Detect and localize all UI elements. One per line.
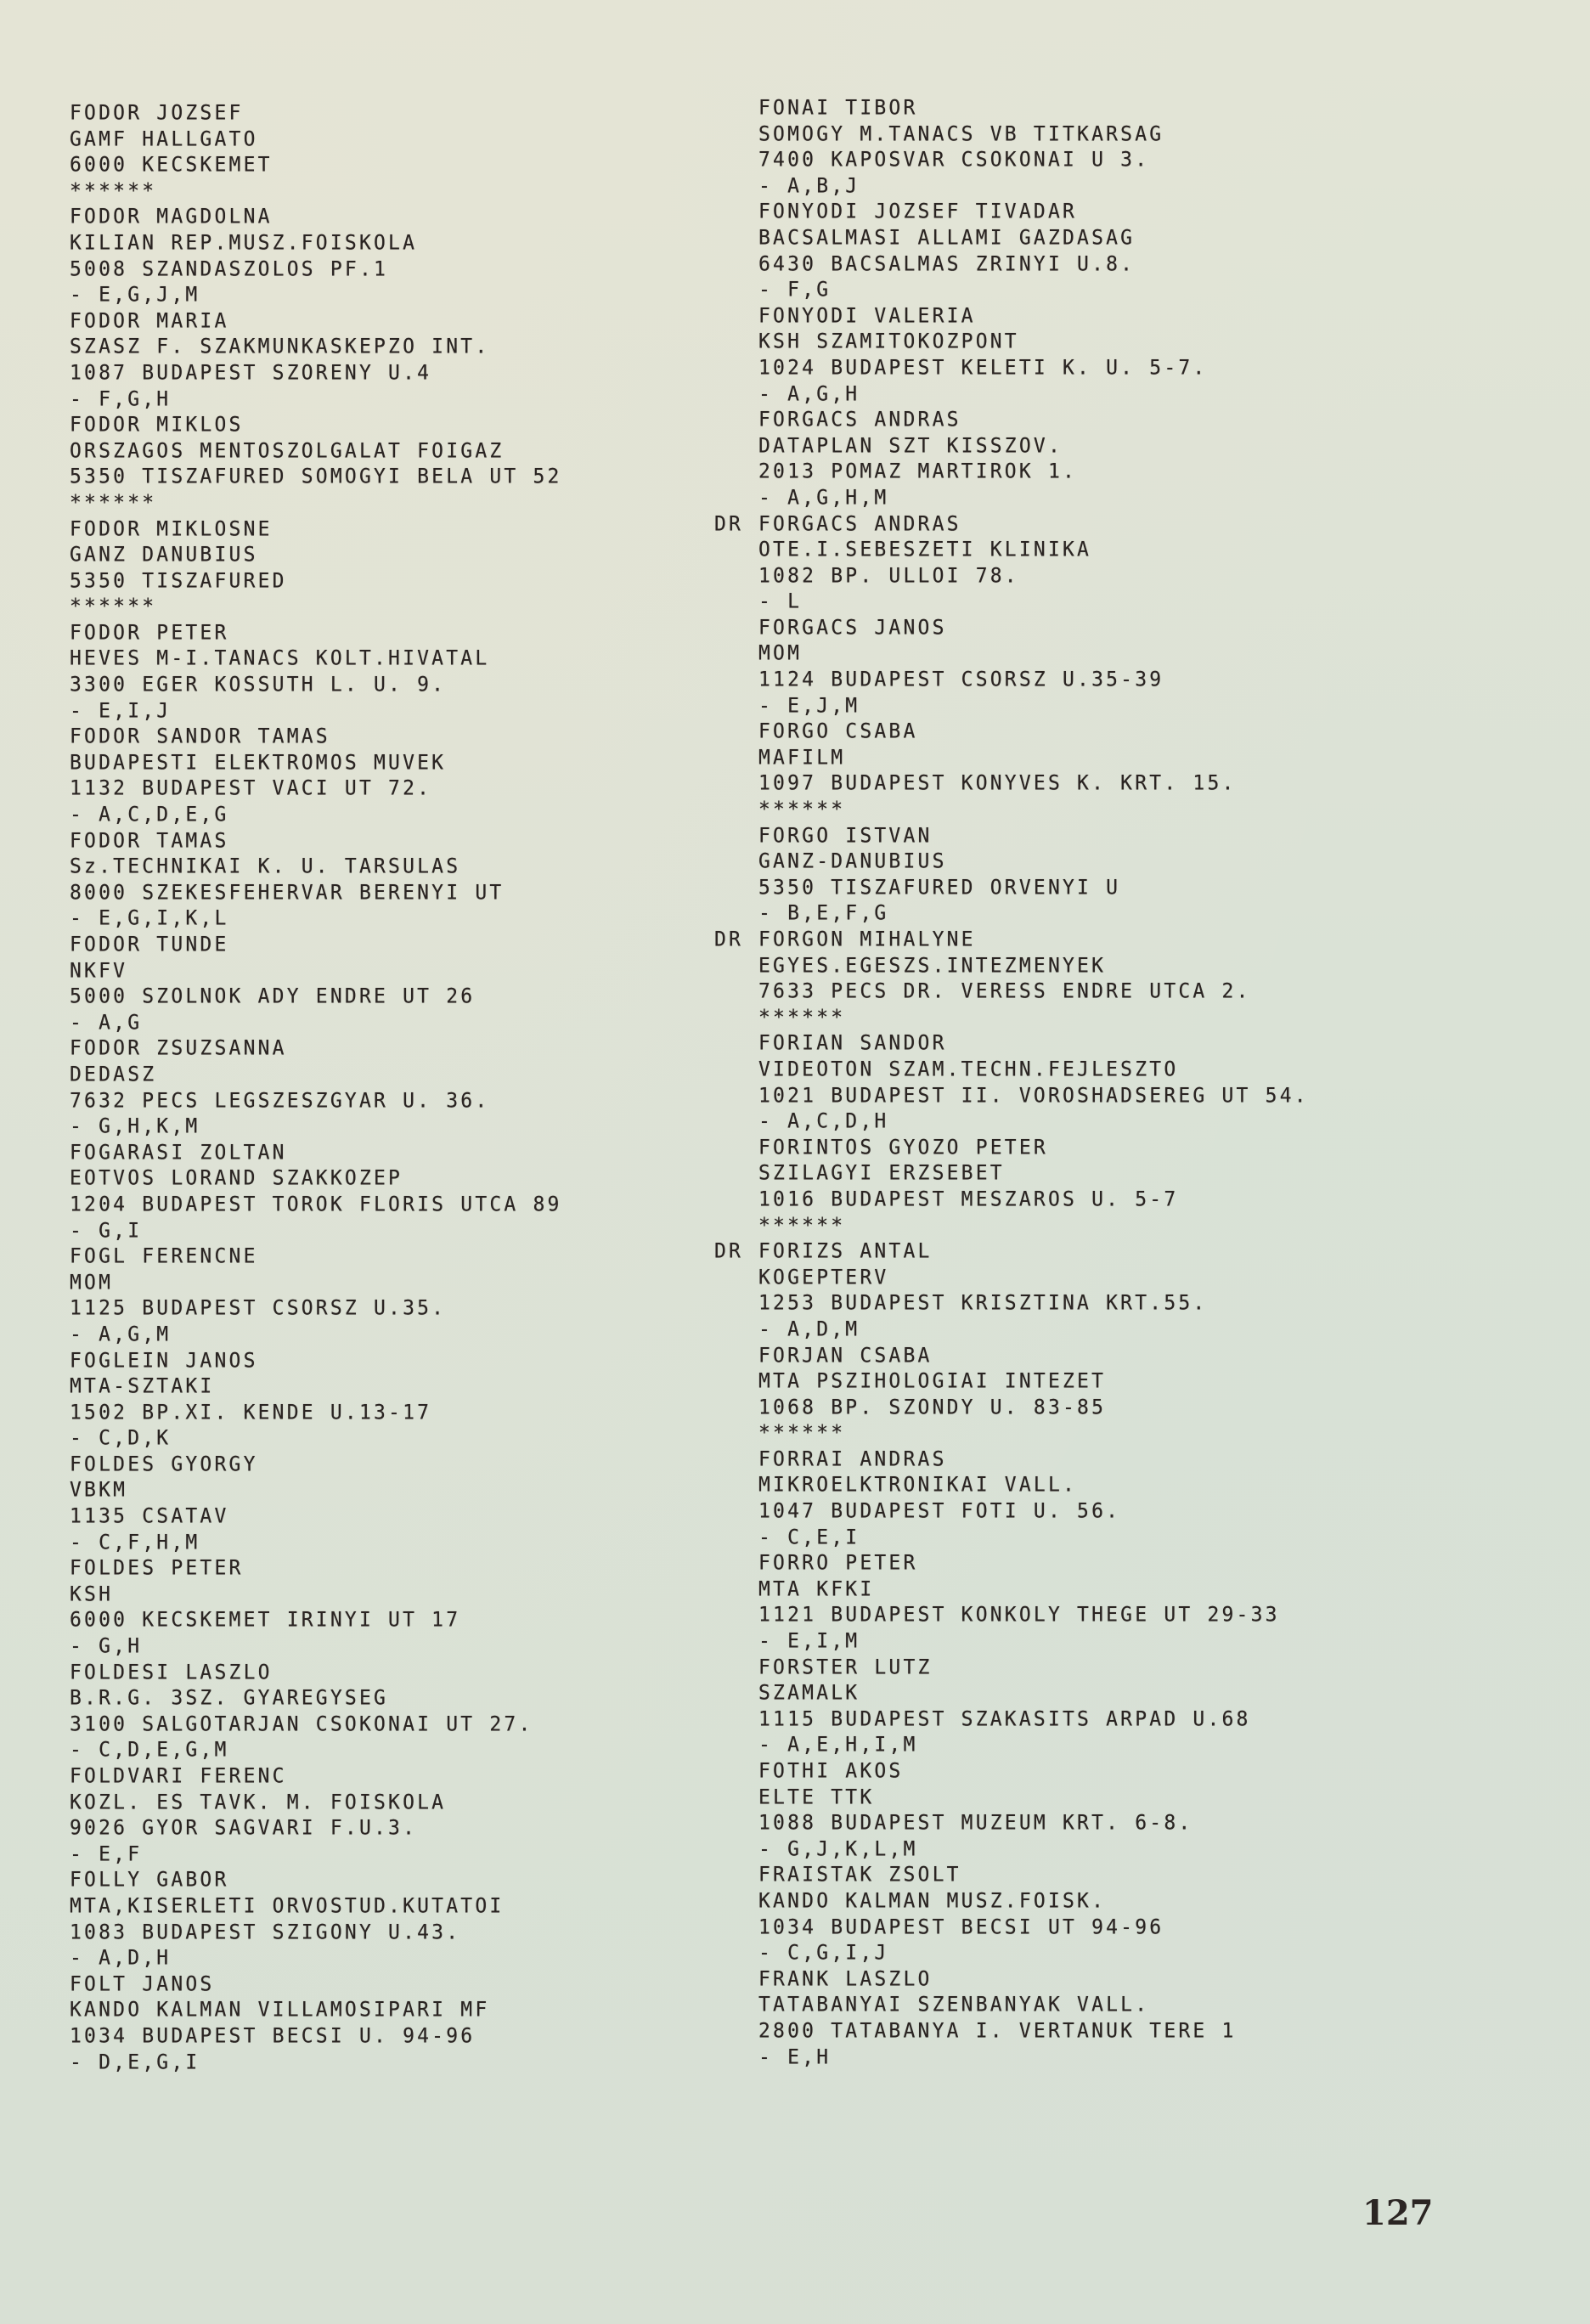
entry-name-text: FOLDES GYORGY: [70, 1452, 258, 1475]
entry-address-text: 1047 BUDAPEST FOTI U. 56.: [758, 1499, 1120, 1522]
directory-entry: FODOR TUNDENKFV5000 SZOLNOK ADY ENDRE UT…: [70, 932, 681, 1035]
entry-org: MOM: [758, 640, 1438, 668]
entry-address: 3300 EGER KOSSUTH L. U. 9.: [70, 671, 681, 698]
entry-codes: - D,E,G,I: [70, 2049, 681, 2076]
entry-address-text: 6430 BACSALMAS ZRINYI U.8.: [758, 252, 1135, 275]
entry-codes-text: ******: [70, 595, 156, 618]
entry-address: 1124 BUDAPEST CSORSZ U.35-39: [758, 666, 1438, 693]
directory-entry: FODOR JOZSEFGAMF HALLGATO6000 KECSKEMET*…: [70, 100, 681, 204]
entry-address: 6000 KECSKEMET: [70, 151, 681, 178]
entry-address-text: 7400 KAPOSVAR CSOKONAI U 3.: [758, 149, 1149, 172]
entry-codes: - A,G: [70, 1009, 681, 1036]
entry-name: FORGACS ANDRAS: [758, 406, 1438, 433]
entry-name-text: FONYODI VALERIA: [758, 304, 976, 327]
entry-org: EOTVOS LORAND SZAKKOZEP: [70, 1165, 681, 1193]
entry-org: EGYES.EGESZS.INTEZMENYEK: [758, 952, 1438, 979]
entry-org-text: VIDEOTON SZAM.TECHN.FEJLESZTO: [758, 1058, 1178, 1080]
directory-entry: FODOR MIKLOSORSZAGOS MENTOSZOLGALAT FOIG…: [70, 412, 681, 516]
entry-address: 1068 BP. SZONDY U. 83-85: [758, 1394, 1438, 1421]
entry-org-text: MTA PSZIHOLOGIAI INTEZET: [758, 1369, 1106, 1392]
entry-address-text: 7632 PECS LEGSZESZGYAR U. 36.: [70, 1089, 489, 1112]
entry-address-text: 8000 SZEKESFEHERVAR BERENYI UT: [70, 881, 504, 904]
entry-name: DRFORIZS ANTAL: [758, 1238, 1438, 1265]
entry-codes-text: - E,I,J: [70, 699, 171, 722]
entry-org: SZILAGYI ERZSEBET: [758, 1160, 1438, 1187]
entry-codes-text: - A,G,H,M: [758, 486, 888, 509]
entry-codes: - A,G,M: [70, 1321, 681, 1348]
entry-address-text: 6000 KECSKEMET: [70, 154, 273, 177]
entry-codes: - E,G,I,K,L: [70, 905, 681, 933]
entry-codes-text: ******: [70, 179, 156, 202]
entry-codes-text: - D,E,G,I: [70, 2050, 200, 2073]
entry-name: FODOR JOZSEF: [70, 99, 681, 127]
entry-address-text: 3300 EGER KOSSUTH L. U. 9.: [70, 673, 446, 696]
entry-codes: - G,I: [70, 1217, 681, 1244]
entry-codes: - A,B,J: [758, 172, 1438, 200]
directory-entry: FOGLEIN JANOSMTA-SZTAKI1502 BP.XI. KENDE…: [70, 1348, 681, 1452]
entry-address: 1047 BUDAPEST FOTI U. 56.: [758, 1498, 1438, 1525]
entry-name-text: FOLDVARI FERENC: [70, 1764, 287, 1787]
entry-org-text: KILIAN REP.MUSZ.FOISKOLA: [70, 231, 417, 254]
entry-org: MIKROELKTRONIKAI VALL.: [758, 1472, 1438, 1499]
entry-codes-text: - A,B,J: [758, 174, 860, 197]
entry-name: FORRO PETER: [758, 1549, 1438, 1577]
entry-name-text: FORIZS ANTAL: [758, 1239, 933, 1262]
entry-name: FORGACS JANOS: [758, 614, 1438, 641]
entry-org: KOZL. ES TAVK. M. FOISKOLA: [70, 1789, 681, 1816]
directory-entry: FORINTOS GYOZO PETERSZILAGYI ERZSEBET101…: [758, 1135, 1438, 1238]
directory-entry: FORSTER LUTZSZAMALK1115 BUDAPEST SZAKASI…: [758, 1655, 1438, 1758]
entry-address-text: 2800 TATABANYA I. VERTANUK TERE 1: [758, 2019, 1237, 2042]
entry-org-text: Sz.TECHNIKAI K. U. TARSULAS: [70, 855, 460, 878]
entry-name: FORSTER LUTZ: [758, 1654, 1438, 1681]
entry-name: FODOR TAMAS: [70, 827, 681, 855]
entry-name: FOGARASI ZOLTAN: [70, 1139, 681, 1166]
directory-entry: FOLLY GABORMTA,KISERLETI ORVOSTUD.KUTATO…: [70, 1867, 681, 1971]
entry-address: 1034 BUDAPEST BECSI UT 94-96: [758, 1914, 1438, 1941]
entry-name-text: FORGACS ANDRAS: [758, 512, 961, 535]
entry-name: DRFORGON MIHALYNE: [758, 926, 1438, 953]
directory-entry: DRFORGACS ANDRASOTE.I.SEBESZETI KLINIKA1…: [758, 511, 1438, 615]
entry-name-text: FODOR MIKLOS: [70, 413, 244, 436]
entry-name-text: FORRAI ANDRAS: [758, 1447, 947, 1470]
entry-codes: - C,G,I,J: [758, 1939, 1438, 1966]
entry-address-text: 1125 BUDAPEST CSORSZ U.35.: [70, 1297, 446, 1320]
entry-org: OTE.I.SEBESZETI KLINIKA: [758, 536, 1438, 563]
entry-org: HEVES M-I.TANACS KOLT.HIVATAL: [70, 646, 681, 673]
entry-address-text: 5350 TISZAFURED: [70, 569, 287, 592]
entry-codes-text: - A,C,D,H: [758, 1109, 888, 1132]
entry-name-text: FORGO ISTVAN: [758, 824, 933, 847]
entry-org: GAMF HALLGATO: [70, 126, 681, 153]
entry-name: FOLT JANOS: [70, 1971, 681, 1998]
entry-codes: - C,F,H,M: [70, 1529, 681, 1556]
entry-codes: ******: [758, 1004, 1438, 1031]
entry-org-text: KANDO KALMAN MUSZ.FOISK.: [758, 1889, 1106, 1912]
entry-org-text: GANZ DANUBIUS: [70, 543, 258, 566]
entry-org: NKFV: [70, 957, 681, 984]
entry-name-text: FONYODI JOZSEF TIVADAR: [758, 200, 1077, 223]
entry-address-text: 1034 BUDAPEST BECSI UT 94-96: [758, 1915, 1164, 1938]
entry-org-text: OTE.I.SEBESZETI KLINIKA: [758, 538, 1091, 561]
entry-address: 2800 TATABANYA I. VERTANUK TERE 1: [758, 2017, 1438, 2045]
entry-codes: - F,G,H: [70, 386, 681, 413]
entry-address: 5350 TISZAFURED: [70, 567, 681, 595]
entry-name: DRFORGACS ANDRAS: [758, 510, 1438, 538]
entry-name-text: FORSTER LUTZ: [758, 1656, 933, 1678]
entry-codes-text: - G,H: [70, 1634, 142, 1657]
entry-org-text: B.R.G. 3SZ. GYAREGYSEG: [70, 1687, 388, 1710]
entry-codes-text: - E,I,M: [758, 1629, 860, 1652]
entry-org-text: BACSALMASI ALLAMI GAZDASAG: [758, 226, 1135, 249]
entry-name: FRAISTAK ZSOLT: [758, 1862, 1438, 1889]
directory-entry: FORRO PETERMTA KFKI1121 BUDAPEST KONKOLY…: [758, 1550, 1438, 1654]
entry-org: ORSZAGOS MENTOSZOLGALAT FOIGAZ: [70, 437, 681, 465]
entry-name-text: FODOR MAGDOLNA: [70, 206, 273, 228]
entry-org: MTA KFKI: [758, 1576, 1438, 1603]
entry-org: KOGEPTERV: [758, 1264, 1438, 1291]
entry-address: 7632 PECS LEGSZESZGYAR U. 36.: [70, 1087, 681, 1114]
entry-codes: - A,D,M: [758, 1316, 1438, 1343]
entry-codes: - G,H: [70, 1633, 681, 1660]
entry-name: FODOR MIKLOSNE: [70, 516, 681, 543]
entry-address: 5350 TISZAFURED SOMOGYI BELA UT 52: [70, 464, 681, 491]
entry-address: 3100 SALGOTARJAN CSOKONAI UT 27.: [70, 1711, 681, 1738]
entry-name: FODOR PETER: [70, 619, 681, 646]
entry-name: FODOR TUNDE: [70, 931, 681, 958]
entry-org: GANZ-DANUBIUS: [758, 848, 1438, 875]
directory-entry: FORIAN SANDORVIDEOTON SZAM.TECHN.FEJLESZ…: [758, 1030, 1438, 1134]
entry-codes-text: ******: [70, 491, 156, 514]
entry-name-text: FOLLY GABOR: [70, 1869, 229, 1892]
entry-name: FODOR MARIA: [70, 307, 681, 335]
entry-org: MOM: [70, 1269, 681, 1296]
entry-name: FORGO ISTVAN: [758, 822, 1438, 849]
entry-name-text: FORGON MIHALYNE: [758, 928, 976, 950]
entry-name: FONYODI VALERIA: [758, 302, 1438, 330]
entry-codes: - B,E,F,G: [758, 900, 1438, 928]
entry-codes-text: - E,G,J,M: [70, 283, 200, 306]
entry-name-text: FODOR PETER: [70, 621, 229, 644]
entry-address-text: 1502 BP.XI. KENDE U.13-17: [70, 1401, 431, 1424]
entry-name: FOGL FERENCNE: [70, 1243, 681, 1270]
entry-org-text: MOM: [70, 1271, 113, 1294]
entry-codes: - C,D,E,G,M: [70, 1737, 681, 1764]
entry-name-text: FODOR JOZSEF: [70, 101, 244, 124]
entry-name: FOLDESI LASZLO: [70, 1659, 681, 1686]
entry-codes-text: - E,F: [70, 1842, 142, 1865]
entry-org-text: MIKROELKTRONIKAI VALL.: [758, 1474, 1077, 1497]
entry-org: KSH: [70, 1581, 681, 1608]
directory-entry: FOLDES GYORGYVBKM1135 CSATAV- C,F,H,M: [70, 1452, 681, 1555]
entry-codes-text: - G,I: [70, 1219, 142, 1242]
entry-codes: - C,D,K: [70, 1425, 681, 1452]
entry-name-text: FOLDESI LASZLO: [70, 1661, 273, 1684]
entry-name: FORIAN SANDOR: [758, 1030, 1438, 1058]
directory-entry: FONYODI VALERIAKSH SZAMITOKOZPONT1024 BU…: [758, 303, 1438, 407]
entry-org-text: ELTE TTK: [758, 1785, 874, 1808]
entry-org: KSH SZAMITOKOZPONT: [758, 329, 1438, 356]
entry-org: TATABANYAI SZENBANYAK VALL.: [758, 1992, 1438, 2019]
entry-address-text: 9026 GYOR SAGVARI F.U.3.: [70, 1817, 417, 1840]
entry-org-text: DEDASZ: [70, 1063, 156, 1086]
entry-address: 1087 BUDAPEST SZORENY U.4: [70, 359, 681, 386]
entry-address: 1034 BUDAPEST BECSI U. 94-96: [70, 2022, 681, 2050]
entry-address-text: 1087 BUDAPEST SZORENY U.4: [70, 361, 431, 384]
left-column: FODOR JOZSEFGAMF HALLGATO6000 KECSKEMET*…: [70, 100, 681, 2075]
entry-address-text: 3100 SALGOTARJAN CSOKONAI UT 27.: [70, 1712, 533, 1735]
title-prefix: DR: [714, 926, 743, 953]
entry-name-text: FODOR MARIA: [70, 309, 229, 332]
entry-address-text: 5008 SZANDASZOLOS PF.1: [70, 257, 388, 280]
entry-address: 1021 BUDAPEST II. VOROSHADSEREG UT 54.: [758, 1082, 1438, 1109]
entry-name-text: FOGLEIN JANOS: [70, 1349, 258, 1372]
entry-address-text: 1088 BUDAPEST MUZEUM KRT. 6-8.: [758, 1812, 1192, 1835]
entry-address: 1024 BUDAPEST KELETI K. U. 5-7.: [758, 354, 1438, 381]
directory-entry: FOLDES PETERKSH6000 KECSKEMET IRINYI UT …: [70, 1555, 681, 1659]
entry-address: 1083 BUDAPEST SZIGONY U.43.: [70, 1919, 681, 1946]
entry-address: 7400 KAPOSVAR CSOKONAI U 3.: [758, 146, 1438, 173]
entry-address-text: 1083 BUDAPEST SZIGONY U.43.: [70, 1921, 460, 1943]
entry-org-text: MTA-SZTAKI: [70, 1374, 214, 1397]
entry-codes: - G,H,K,M: [70, 1113, 681, 1140]
entry-codes-text: - C,D,K: [70, 1427, 171, 1450]
entry-codes: ******: [758, 1420, 1438, 1447]
entry-codes-text: - A,C,D,E,G: [70, 803, 229, 826]
entry-address: 1016 BUDAPEST MESZAROS U. 5-7: [758, 1186, 1438, 1213]
entry-codes-text: - E,J,M: [758, 694, 860, 717]
entry-org-text: SZASZ F. SZAKMUNKASKEPZO INT.: [70, 336, 489, 358]
entry-name: FOLLY GABOR: [70, 1867, 681, 1894]
directory-entry: FORGO ISTVANGANZ-DANUBIUS5350 TISZAFURED…: [758, 823, 1438, 927]
entry-org-text: MTA,KISERLETI ORVOSTUD.KUTATOI: [70, 1894, 504, 1917]
entry-org: DEDASZ: [70, 1061, 681, 1088]
entry-codes-text: ******: [758, 798, 845, 821]
entry-name-text: FRAISTAK ZSOLT: [758, 1864, 961, 1887]
entry-org: ELTE TTK: [758, 1784, 1438, 1811]
entry-name-text: FOLDES PETER: [70, 1557, 244, 1580]
entry-org-text: SZILAGYI ERZSEBET: [758, 1162, 1005, 1185]
entry-address-text: 1204 BUDAPEST TOROK FLORIS UTCA 89: [70, 1193, 562, 1216]
entry-address: 1253 BUDAPEST KRISZTINA KRT.55.: [758, 1290, 1438, 1317]
entry-name-text: FORGO CSABA: [758, 720, 918, 743]
entry-address: 1132 BUDAPEST VACI UT 72.: [70, 776, 681, 803]
entry-address: 1088 BUDAPEST MUZEUM KRT. 6-8.: [758, 1809, 1438, 1836]
directory-entry: FODOR SANDOR TAMASBUDAPESTI ELEKTROMOS M…: [70, 724, 681, 827]
entry-address-text: 1082 BP. ULLOI 78.: [758, 564, 1019, 587]
entry-org-text: TATABANYAI SZENBANYAK VALL.: [758, 1994, 1149, 2017]
directory-entry: FORGACS ANDRASDATAPLAN SZT KISSZOV.2013 …: [758, 407, 1438, 510]
entry-codes-text: - A,G,H: [758, 382, 860, 405]
entry-codes-text: - A,G: [70, 1011, 142, 1034]
entry-address: 6000 KECSKEMET IRINYI UT 17: [70, 1607, 681, 1634]
entry-org: KILIAN REP.MUSZ.FOISKOLA: [70, 229, 681, 257]
entry-codes-text: - A,D,H: [70, 1946, 171, 1969]
entry-codes-text: - B,E,F,G: [758, 902, 888, 925]
entry-address-text: 5350 TISZAFURED ORVENYI U: [758, 876, 1120, 899]
entry-address-text: 5000 SZOLNOK ADY ENDRE UT 26: [70, 985, 475, 1008]
entry-address-text: 1121 BUDAPEST KONKOLY THEGE UT 29-33: [758, 1604, 1280, 1627]
entry-name: FODOR MAGDOLNA: [70, 204, 681, 231]
entry-address: 1125 BUDAPEST CSORSZ U.35.: [70, 1295, 681, 1323]
entry-codes: - E,I,J: [70, 697, 681, 725]
entry-address-text: 1135 CSATAV: [70, 1504, 229, 1527]
entry-org-text: DATAPLAN SZT KISSZOV.: [758, 434, 1063, 457]
entry-address-text: 1253 BUDAPEST KRISZTINA KRT.55.: [758, 1292, 1207, 1315]
entry-org-text: MTA KFKI: [758, 1577, 874, 1600]
directory-entry: FODOR PETERHEVES M-I.TANACS KOLT.HIVATAL…: [70, 620, 681, 724]
entry-org: B.R.G. 3SZ. GYAREGYSEG: [70, 1684, 681, 1712]
entry-codes-text: - A,E,H,I,M: [758, 1734, 918, 1757]
entry-address-text: 7633 PECS DR. VERESS ENDRE UTCA 2.: [758, 980, 1251, 1003]
entry-codes: - A,G,H,M: [758, 484, 1438, 511]
directory-entry: FODOR MAGDOLNAKILIAN REP.MUSZ.FOISKOLA50…: [70, 204, 681, 307]
entry-name-text: FORIAN SANDOR: [758, 1032, 947, 1055]
title-prefix: DR: [714, 1238, 743, 1265]
entry-address-text: 1016 BUDAPEST MESZAROS U. 5-7: [758, 1187, 1178, 1210]
entry-org: KANDO KALMAN VILLAMOSIPARI MF: [70, 1997, 681, 2024]
directory-entry: FODOR MARIASZASZ F. SZAKMUNKASKEPZO INT.…: [70, 308, 681, 412]
entry-org: VIDEOTON SZAM.TECHN.FEJLESZTO: [758, 1056, 1438, 1083]
entry-org: MTA PSZIHOLOGIAI INTEZET: [758, 1368, 1438, 1395]
entry-org-text: EGYES.EGESZS.INTEZMENYEK: [758, 954, 1106, 977]
entry-org-text: BUDAPESTI ELEKTROMOS MUVEK: [70, 751, 446, 774]
entry-codes: ******: [70, 178, 681, 205]
entry-name: FORINTOS GYOZO PETER: [758, 1134, 1438, 1161]
entry-name: FOTHI AKOS: [758, 1757, 1438, 1785]
entry-name: FODOR MIKLOS: [70, 411, 681, 438]
entry-org: SOMOGY M.TANACS VB TITKARSAG: [758, 121, 1438, 148]
right-column: FONAI TIBORSOMOGY M.TANACS VB TITKARSAG7…: [758, 95, 1438, 2070]
directory-entry: FORRAI ANDRASMIKROELKTRONIKAI VALL.1047 …: [758, 1447, 1438, 1550]
entry-address-text: 1124 BUDAPEST CSORSZ U.35-39: [758, 668, 1164, 691]
directory-entry: FODOR TAMASSz.TECHNIKAI K. U. TARSULAS80…: [70, 828, 681, 932]
entry-name-text: FOGARASI ZOLTAN: [70, 1141, 287, 1164]
page-number: 127: [1362, 2193, 1434, 2233]
entry-codes-text: - G,H,K,M: [70, 1114, 200, 1137]
entry-address-text: 1068 BP. SZONDY U. 83-85: [758, 1396, 1106, 1419]
entry-org-text: KOGEPTERV: [758, 1266, 888, 1289]
directory-entry: FONAI TIBORSOMOGY M.TANACS VB TITKARSAG7…: [758, 95, 1438, 199]
entry-address: 7633 PECS DR. VERESS ENDRE UTCA 2.: [758, 978, 1438, 1005]
entry-org-text: KOZL. ES TAVK. M. FOISKOLA: [70, 1791, 446, 1814]
entry-codes: - G,J,K,L,M: [758, 1836, 1438, 1863]
entry-address: 6430 BACSALMAS ZRINYI U.8.: [758, 251, 1438, 278]
entry-address: 8000 SZEKESFEHERVAR BERENYI UT: [70, 879, 681, 906]
entry-address: 5350 TISZAFURED ORVENYI U: [758, 874, 1438, 901]
title-prefix: DR: [714, 510, 743, 538]
entry-address: 1082 BP. ULLOI 78.: [758, 562, 1438, 589]
entry-codes-text: - G,J,K,L,M: [758, 1837, 918, 1860]
entry-codes: - E,H: [758, 2044, 1438, 2071]
entry-name-text: FORINTOS GYOZO PETER: [758, 1136, 1048, 1159]
entry-codes: - A,G,H: [758, 381, 1438, 408]
entry-address-text: 1021 BUDAPEST II. VOROSHADSEREG UT 54.: [758, 1084, 1309, 1107]
directory-entry: FORJAN CSABAMTA PSZIHOLOGIAI INTEZET1068…: [758, 1343, 1438, 1447]
entry-org-text: KANDO KALMAN VILLAMOSIPARI MF: [70, 1999, 489, 2022]
directory-entry: FODOR ZSUZSANNADEDASZ7632 PECS LEGSZESZG…: [70, 1035, 681, 1139]
entry-name-text: FOTHI AKOS: [758, 1759, 903, 1782]
entry-org: BUDAPESTI ELEKTROMOS MUVEK: [70, 749, 681, 776]
entry-codes: - F,G: [758, 276, 1438, 303]
entry-org-text: NKFV: [70, 959, 127, 982]
directory-entry: FORGACS JANOSMOM1124 BUDAPEST CSORSZ U.3…: [758, 615, 1438, 719]
entry-name-text: FORJAN CSABA: [758, 1344, 933, 1367]
entry-name: FONAI TIBOR: [758, 94, 1438, 121]
entry-codes-text: - C,E,I: [758, 1526, 860, 1548]
entry-org: KANDO KALMAN MUSZ.FOISK.: [758, 1887, 1438, 1915]
entry-name-text: FONAI TIBOR: [758, 96, 918, 119]
entry-codes: - E,F: [70, 1841, 681, 1868]
entry-address: 1097 BUDAPEST KONYVES K. KRT. 15.: [758, 770, 1438, 798]
entry-codes: - C,E,I: [758, 1524, 1438, 1551]
entry-org-text: GANZ-DANUBIUS: [758, 850, 947, 873]
directory-entry: FOLT JANOSKANDO KALMAN VILLAMOSIPARI MF1…: [70, 1971, 681, 2075]
entry-codes-text: - L: [758, 590, 802, 613]
entry-org: Sz.TECHNIKAI K. U. TARSULAS: [70, 853, 681, 880]
entry-address-text: 1097 BUDAPEST KONYVES K. KRT. 15.: [758, 772, 1237, 795]
entry-name-text: FOLT JANOS: [70, 1972, 214, 1995]
directory-entry: FOGL FERENCNEMOM1125 BUDAPEST CSORSZ U.3…: [70, 1244, 681, 1347]
entry-name: FORGO CSABA: [758, 718, 1438, 745]
directory-page: FODOR JOZSEFGAMF HALLGATO6000 KECSKEMET*…: [0, 0, 1590, 2324]
entry-codes: - E,G,J,M: [70, 281, 681, 308]
entry-codes-text: - F,G,H: [70, 387, 171, 410]
entry-address-text: 2013 POMAZ MARTIROK 1.: [758, 460, 1077, 483]
entry-codes-text: - F,G: [758, 278, 831, 301]
directory-entry: FRAISTAK ZSOLTKANDO KALMAN MUSZ.FOISK.10…: [758, 1862, 1438, 1966]
entry-org: SZASZ F. SZAKMUNKASKEPZO INT.: [70, 334, 681, 361]
entry-address-text: 5350 TISZAFURED SOMOGYI BELA UT 52: [70, 465, 562, 488]
entry-codes: ******: [758, 796, 1438, 823]
entry-codes: ******: [70, 594, 681, 621]
entry-name: FOGLEIN JANOS: [70, 1347, 681, 1374]
entry-address: 1502 BP.XI. KENDE U.13-17: [70, 1399, 681, 1426]
entry-address: 9026 GYOR SAGVARI F.U.3.: [70, 1814, 681, 1842]
directory-entry: FONYODI JOZSEF TIVADARBACSALMASI ALLAMI …: [758, 199, 1438, 302]
entry-codes-text: ******: [758, 1422, 845, 1445]
entry-org-text: VBKM: [70, 1479, 127, 1502]
directory-entry: DRFORIZS ANTALKOGEPTERV1253 BUDAPEST KRI…: [758, 1238, 1438, 1342]
entry-codes-text: - C,F,H,M: [70, 1531, 200, 1554]
entry-codes-text: - E,H: [758, 2045, 831, 2068]
entry-codes: - E,J,M: [758, 692, 1438, 719]
directory-entry: FOTHI AKOSELTE TTK1088 BUDAPEST MUZEUM K…: [758, 1758, 1438, 1862]
entry-name: FODOR ZSUZSANNA: [70, 1035, 681, 1063]
entry-codes: ******: [70, 489, 681, 516]
entry-name: FODOR SANDOR TAMAS: [70, 723, 681, 750]
entry-codes-text: ******: [758, 1006, 845, 1029]
entry-codes: - A,C,D,H: [758, 1108, 1438, 1135]
entry-name: FOLDES PETER: [70, 1554, 681, 1582]
entry-address: 5000 SZOLNOK ADY ENDRE UT 26: [70, 983, 681, 1010]
entry-org-text: EOTVOS LORAND SZAKKOZEP: [70, 1167, 403, 1190]
entry-org: DATAPLAN SZT KISSZOV.: [758, 432, 1438, 460]
entry-codes-text: - A,D,M: [758, 1317, 860, 1340]
entry-org-text: MAFILM: [758, 746, 845, 769]
entry-org-text: KSH SZAMITOKOZPONT: [758, 330, 1019, 353]
entry-name: FOLDVARI FERENC: [70, 1763, 681, 1790]
entry-name: FOLDES GYORGY: [70, 1451, 681, 1478]
entry-address: 1115 BUDAPEST SZAKASITS ARPAD U.68: [758, 1706, 1438, 1733]
entry-address: 1121 BUDAPEST KONKOLY THEGE UT 29-33: [758, 1602, 1438, 1629]
entry-name: FRANK LASZLO: [758, 1966, 1438, 1993]
entry-address: 2013 POMAZ MARTIROK 1.: [758, 459, 1438, 486]
entry-address-text: 1034 BUDAPEST BECSI U. 94-96: [70, 2024, 475, 2047]
directory-entry: FOLDVARI FERENCKOZL. ES TAVK. M. FOISKOL…: [70, 1763, 681, 1867]
entry-org-text: KSH: [70, 1582, 113, 1605]
entry-name-text: FODOR MIKLOSNE: [70, 517, 273, 540]
